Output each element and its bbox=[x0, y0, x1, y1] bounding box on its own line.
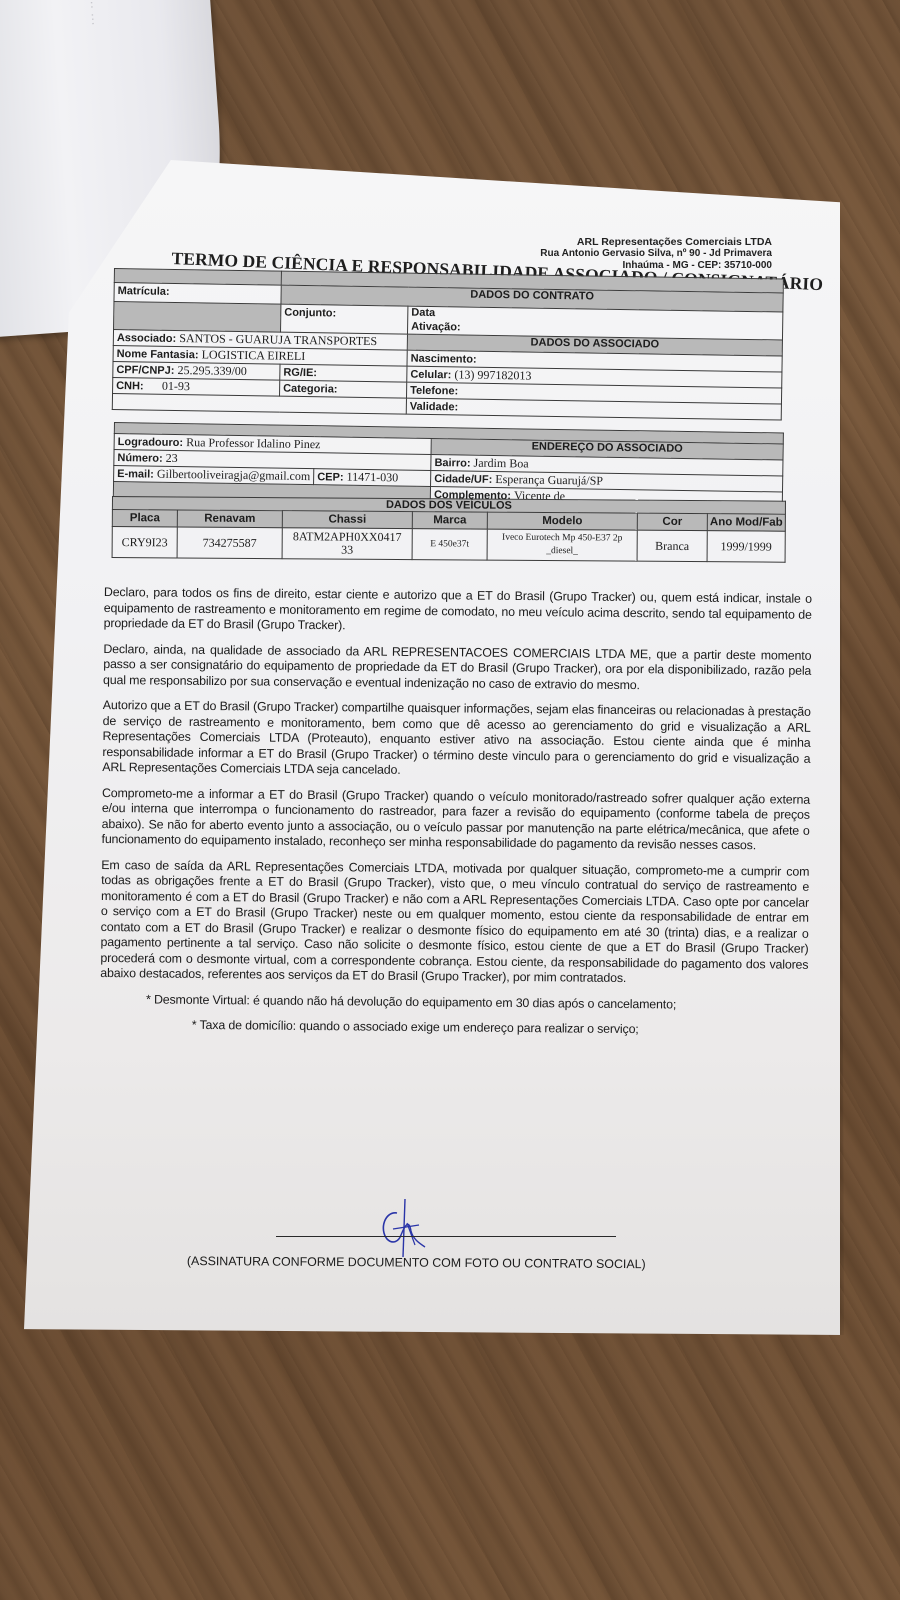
company-name: ARL Representações Comerciais LTDA bbox=[540, 236, 772, 248]
document-content: ARL Representações Comerciais LTDA Rua A… bbox=[0, 0, 900, 1600]
categoria-field: Categoria: bbox=[280, 380, 407, 398]
col-header-marca: Marca bbox=[412, 512, 487, 530]
cell-renavam: 734275587 bbox=[177, 527, 282, 559]
cpf-cnpj-field: CPF/CNPJ: 25.295.339/00 bbox=[113, 361, 280, 380]
col-header-cor: Cor bbox=[637, 513, 707, 530]
cell-modelo: Iveco Eurotech Mp 450-E37 2p _diesel_ bbox=[487, 529, 637, 561]
declaration-paragraph: Autorizo que a ET do Brasil (Grupo Track… bbox=[102, 698, 811, 782]
declarations: Declaro, para todos os fins de direito, … bbox=[100, 585, 812, 1049]
band bbox=[114, 302, 281, 333]
matricula-field: Matrícula: bbox=[114, 283, 281, 305]
contract-associate-form: Matrícula: DADOS DO CONTRATO Conjunto: D… bbox=[112, 268, 784, 421]
address-form: Logradouro: Rua Professor Idalino Pinez … bbox=[113, 422, 784, 509]
declaration-paragraph: Comprometo-me a informar a ET do Brasil … bbox=[101, 785, 810, 854]
table-row: CRY9I23 734275587 8ATM2APH0XX0417 33 E 4… bbox=[112, 527, 785, 563]
col-header-ano: Ano Mod/Fab bbox=[707, 514, 785, 532]
cell-ano: 1999/1999 bbox=[707, 531, 785, 563]
col-header-chassi: Chassi bbox=[282, 511, 412, 529]
signature-caption: (ASSINATURA CONFORME DOCUMENTO COM FOTO … bbox=[187, 1254, 646, 1271]
vehicles-table: DADOS DOS VEÍCULOS Placa Renavam Chassi … bbox=[112, 496, 786, 563]
empty-cell bbox=[112, 393, 406, 414]
signature-line bbox=[276, 1236, 616, 1237]
company-address-line-1: Rua Antonio Gervasio Silva, nº 90 - Jd P… bbox=[540, 248, 772, 260]
cep-field: CEP: 11471-030 bbox=[314, 469, 431, 487]
cell-chassi: 8ATM2APH0XX0417 33 bbox=[282, 528, 412, 560]
rg-ie-field: RG/IE: bbox=[280, 364, 407, 382]
note-taxa-domicilio: * Taxa de domicílio: quando o associado … bbox=[100, 1017, 808, 1039]
col-header-placa: Placa bbox=[112, 510, 177, 527]
cell-marca: E 450e37t bbox=[412, 529, 487, 561]
cell-placa: CRY9I23 bbox=[112, 527, 177, 558]
conjunto-field: Conjunto: bbox=[281, 304, 408, 334]
declaration-paragraph: Declaro, para todos os fins de direito, … bbox=[104, 585, 812, 638]
declaration-paragraph: Declaro, ainda, na qualidade de associad… bbox=[103, 641, 811, 694]
col-header-renavam: Renavam bbox=[177, 510, 282, 528]
cnh-field: CNH: 01-93 bbox=[113, 377, 280, 396]
declaration-paragraph: Em caso de saída da ARL Representações C… bbox=[100, 857, 809, 988]
cell-cor: Branca bbox=[637, 530, 707, 561]
col-header-modelo: Modelo bbox=[487, 512, 637, 530]
note-desmonte-virtual: * Desmonte Virtual: é quando não há devo… bbox=[100, 991, 808, 1013]
